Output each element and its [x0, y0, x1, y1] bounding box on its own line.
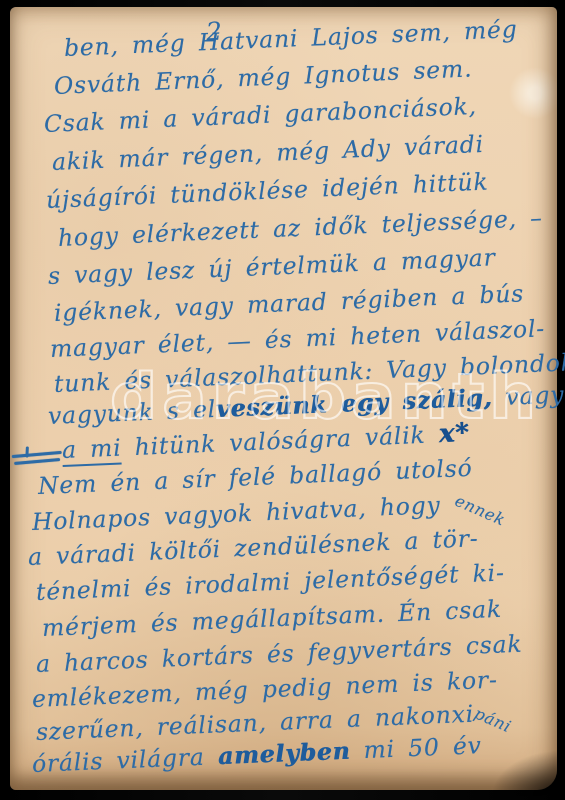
handwritten-line: Osváth Ernő, még Ignotus sem.	[53, 54, 472, 100]
paper-corner-shadow	[491, 750, 561, 796]
handwritten-line: akik már régen, még Ady váradi	[51, 130, 484, 176]
handwritten-line: Csak mi a váradi garabonciások,	[43, 92, 477, 138]
asterisk-mark: x*	[438, 418, 470, 449]
margin-emphasis-mark	[10, 449, 65, 470]
scan-black-frame: 2 ben, még Hatvani Lajos sem, még Osváth…	[0, 0, 565, 800]
handwritten-line: újságírói tündöklése idején hittük	[45, 167, 489, 214]
inserted-word: ennek	[452, 491, 508, 530]
underlined-words: a mi	[61, 434, 122, 467]
manuscript-paper: 2 ben, még Hatvani Lajos sem, még Osváth…	[10, 7, 557, 790]
overwritten-words: amelyben	[217, 737, 351, 771]
